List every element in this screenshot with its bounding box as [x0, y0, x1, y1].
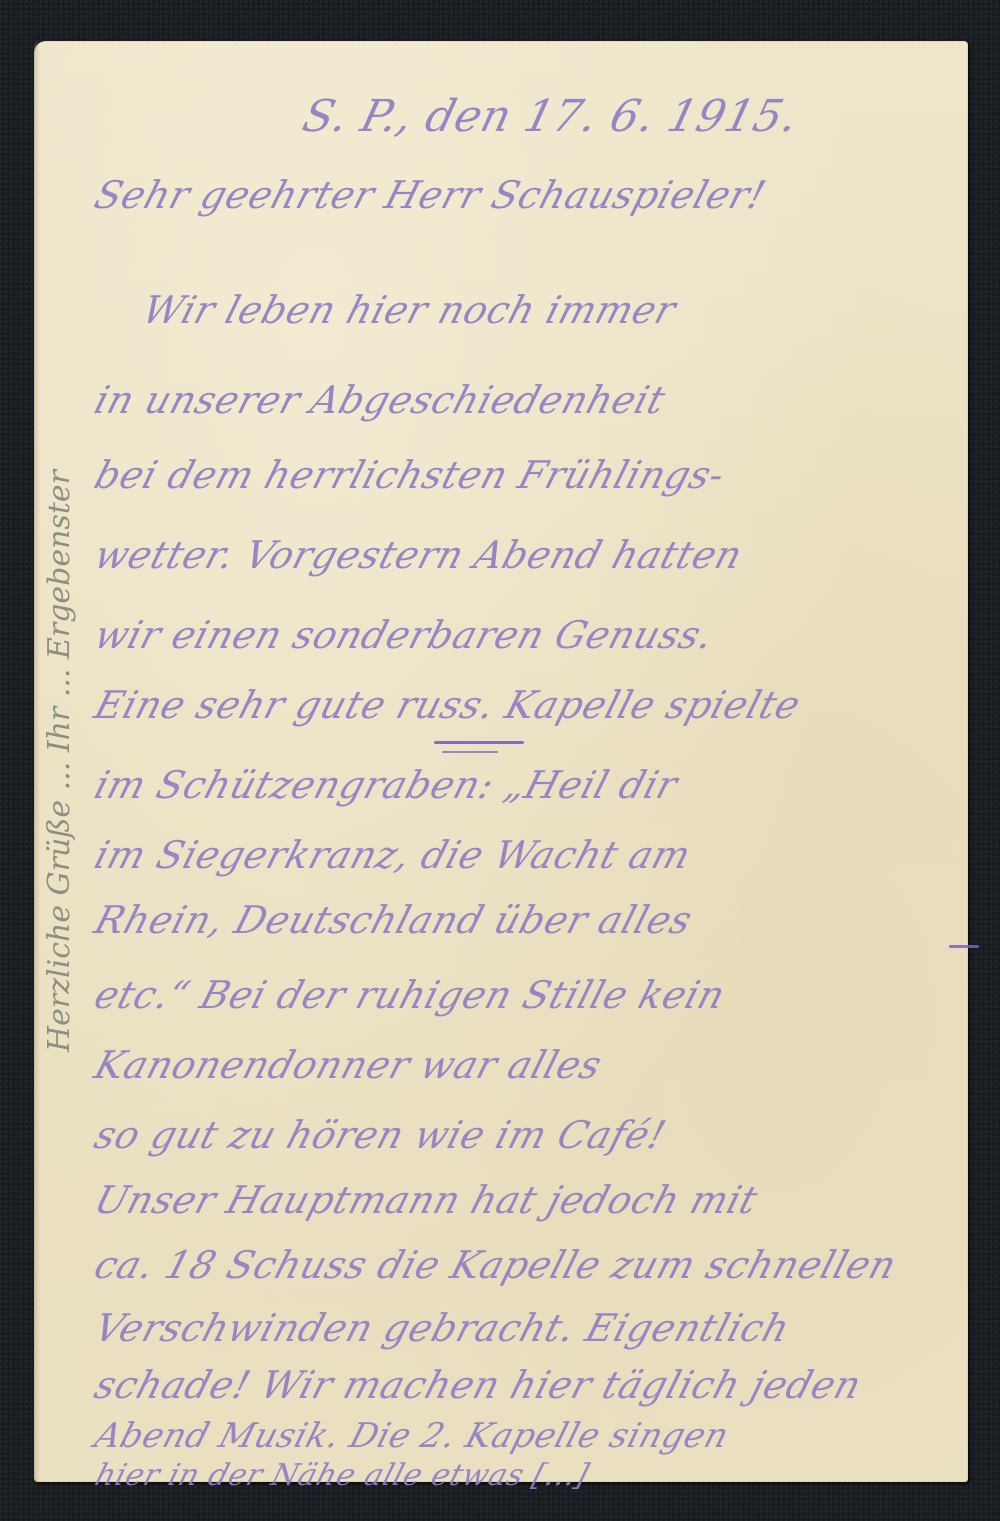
body-line-3: bei dem herrlichsten Frühlings-: [91, 456, 729, 494]
body-line-15: Verschwinden gebracht. Eigentlich: [91, 1309, 794, 1347]
body-line-9: Rhein, Deutschland über alles: [91, 901, 697, 939]
body-line-6-text: Eine sehr gute russ. Kapelle spielte: [90, 683, 806, 727]
postcard: S. P., den 17. 6. 1915. Sehr geehrter He…: [34, 41, 968, 1482]
body-line-11: Kanonendonner war alles: [91, 1046, 606, 1084]
body-line-7: im Schützengraben: „Heil dir: [91, 766, 682, 804]
russ-underline: [434, 741, 524, 744]
body-line-1: Wir leben hier noch immer: [139, 291, 681, 329]
body-line-12: so gut zu hören wie im Café!: [91, 1116, 671, 1154]
body-line-10: etc.“ Bei der ruhigen Stille kein: [91, 976, 730, 1014]
pencil-margin-note: Herzliche Grüße ... Ihr ... Ergebenster: [42, 241, 102, 1281]
body-line-16: schade! Wir machen hier täglich jeden: [91, 1366, 866, 1404]
body-line-2: in unserer Abgeschiedenheit: [91, 381, 670, 419]
body-line-14: ca. 18 Schuss die Kapelle zum schnellen: [91, 1246, 901, 1284]
place-date-line: S. P., den 17. 6. 1915.: [298, 91, 804, 142]
body-line-18: hier in der Nähe alle etwas [...]: [92, 1461, 592, 1491]
body-line-8: im Siegerkranz, die Wacht am: [91, 836, 696, 874]
body-line-13: Unser Hauptmann hat jedoch mit: [91, 1181, 762, 1219]
line-end-dash: [949, 945, 979, 948]
body-line-6: Eine sehr gute russ. Kapelle spielte: [91, 686, 805, 724]
body-line-5: wir einen sonderbaren Genuss.: [91, 616, 718, 654]
body-line-4: wetter. Vorgestern Abend hatten: [91, 536, 747, 574]
salutation: Sehr geehrter Herr Schauspieler!: [91, 176, 771, 214]
body-line-17: Abend Musik. Die 2. Kapelle singen: [91, 1419, 732, 1453]
russ-underline-2: [442, 751, 498, 753]
